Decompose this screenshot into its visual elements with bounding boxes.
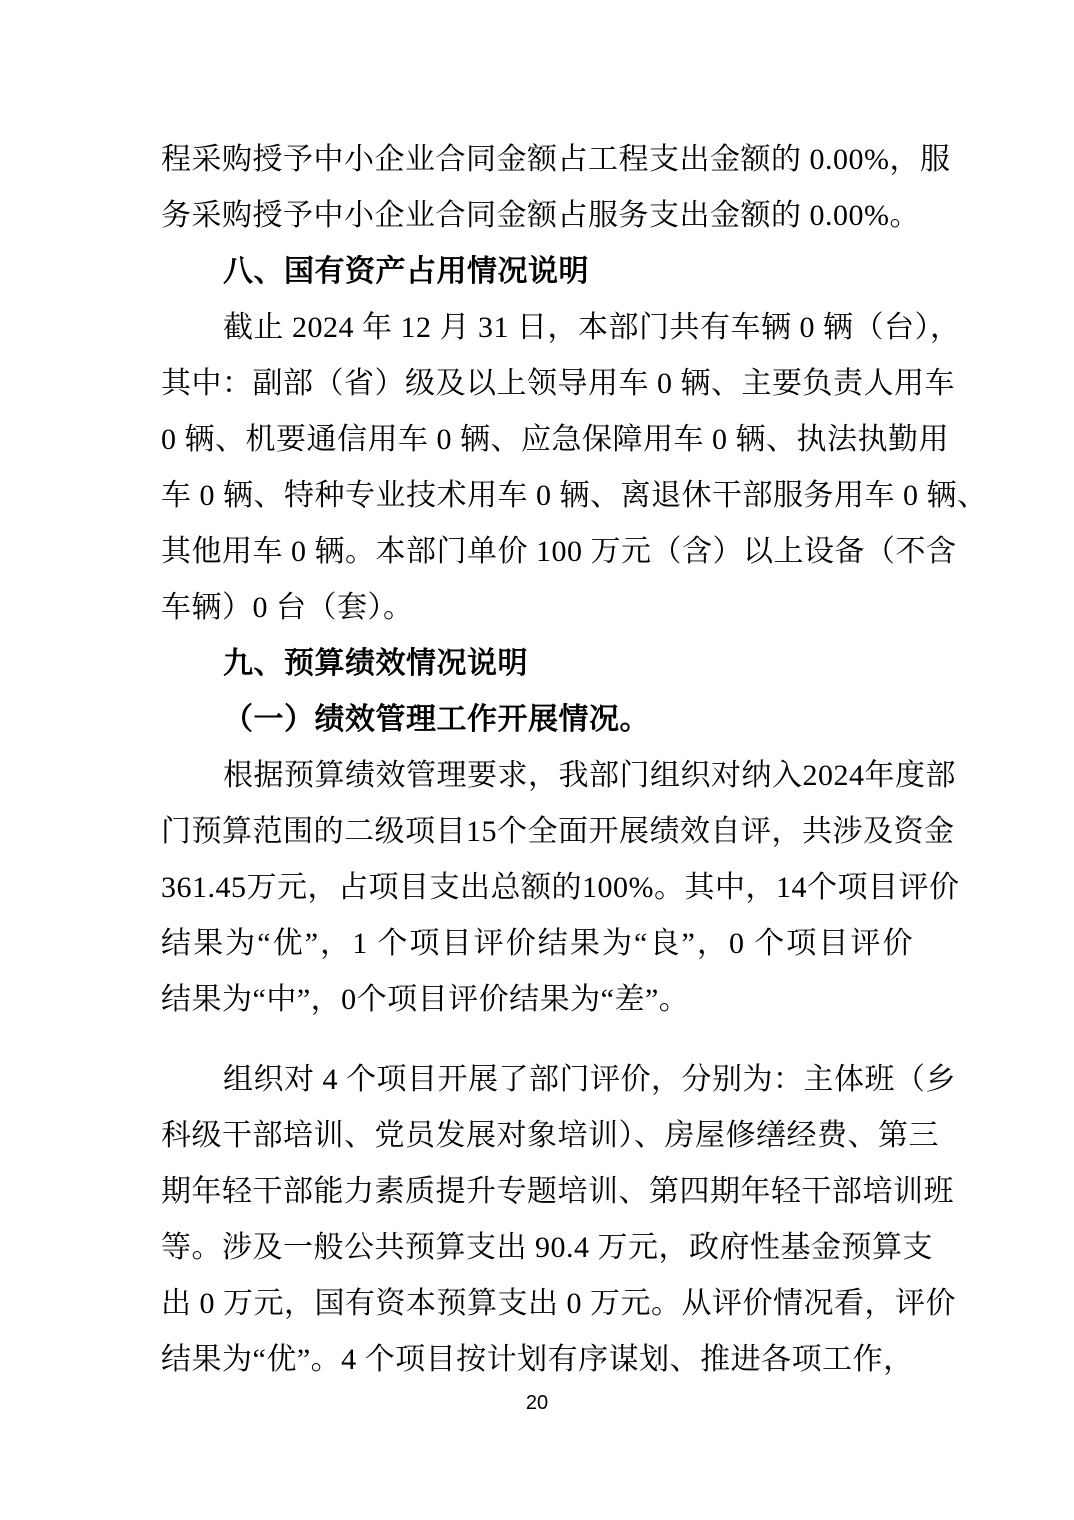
- document-body: 程采购授予中小企业合同金额占工程支出金额的 0.00%，服 务采购授予中小企业合…: [161, 132, 913, 1415]
- paragraph-line: 361.45万元，占项目支出总额的100%。其中，14个项目评价: [161, 860, 913, 916]
- paragraph-line: 其他用车 0 辆。本部门单价 100 万元（含）以上设备（不含: [161, 524, 913, 580]
- section-heading-9: 九、预算绩效情况说明: [161, 636, 913, 692]
- paragraph-line: 期年轻干部能力素质提升专题培训、第四期年轻干部培训班: [161, 1164, 913, 1220]
- subsection-heading: （一）绩效管理工作开展情况。: [161, 692, 913, 748]
- paragraph-line: 其中：副部（省）级及以上领导用车 0 辆、主要负责人用车: [161, 356, 913, 412]
- paragraph-line: 车 0 辆、特种专业技术用车 0 辆、离退休干部服务用车 0 辆、: [161, 468, 913, 524]
- paragraph-line: 程采购授予中小企业合同金额占工程支出金额的 0.00%，服: [161, 132, 913, 188]
- paragraph-line: 等。涉及一般公共预算支出 90.4 万元，政府性基金预算支: [161, 1220, 913, 1276]
- paragraph-line: 车辆）0 台（套）。: [161, 580, 913, 636]
- paragraph-line: 门预算范围的二级项目15个全面开展绩效自评，共涉及资金: [161, 804, 913, 860]
- paragraph-line: 结果为“优”。4 个项目按计划有序谋划、推进各项工作，: [161, 1332, 913, 1388]
- paragraph-line: 结果为“中”，0个项目评价结果为“差”。: [161, 972, 913, 1028]
- paragraph-line: 截止 2024 年 12 月 31 日，本部门共有车辆 0 辆（台），: [161, 300, 913, 356]
- paragraph-line: 务采购授予中小企业合同金额占服务支出金额的 0.00%。: [161, 188, 913, 244]
- section-heading-8: 八、国有资产占用情况说明: [161, 244, 913, 300]
- document-page: 程采购授予中小企业合同金额占工程支出金额的 0.00%，服 务采购授予中小企业合…: [0, 0, 1074, 1520]
- paragraph-line: 科级干部培训、党员发展对象培训）、房屋修缮经费、第三: [161, 1108, 913, 1164]
- page-number: 20: [161, 1392, 913, 1415]
- paragraph-line: 根据预算绩效管理要求，我部门组织对纳入2024年度部: [161, 748, 913, 804]
- paragraph-line: 结果为“优”，1 个项目评价结果为“良”，0 个项目评价: [161, 916, 913, 972]
- paragraph-line: 0 辆、机要通信用车 0 辆、应急保障用车 0 辆、执法执勤用: [161, 412, 913, 468]
- paragraph-line: 组织对 4 个项目开展了部门评价，分别为：主体班（乡: [161, 1052, 913, 1108]
- paragraph-line: 出 0 万元，国有资本预算支出 0 万元。从评价情况看，评价: [161, 1276, 913, 1332]
